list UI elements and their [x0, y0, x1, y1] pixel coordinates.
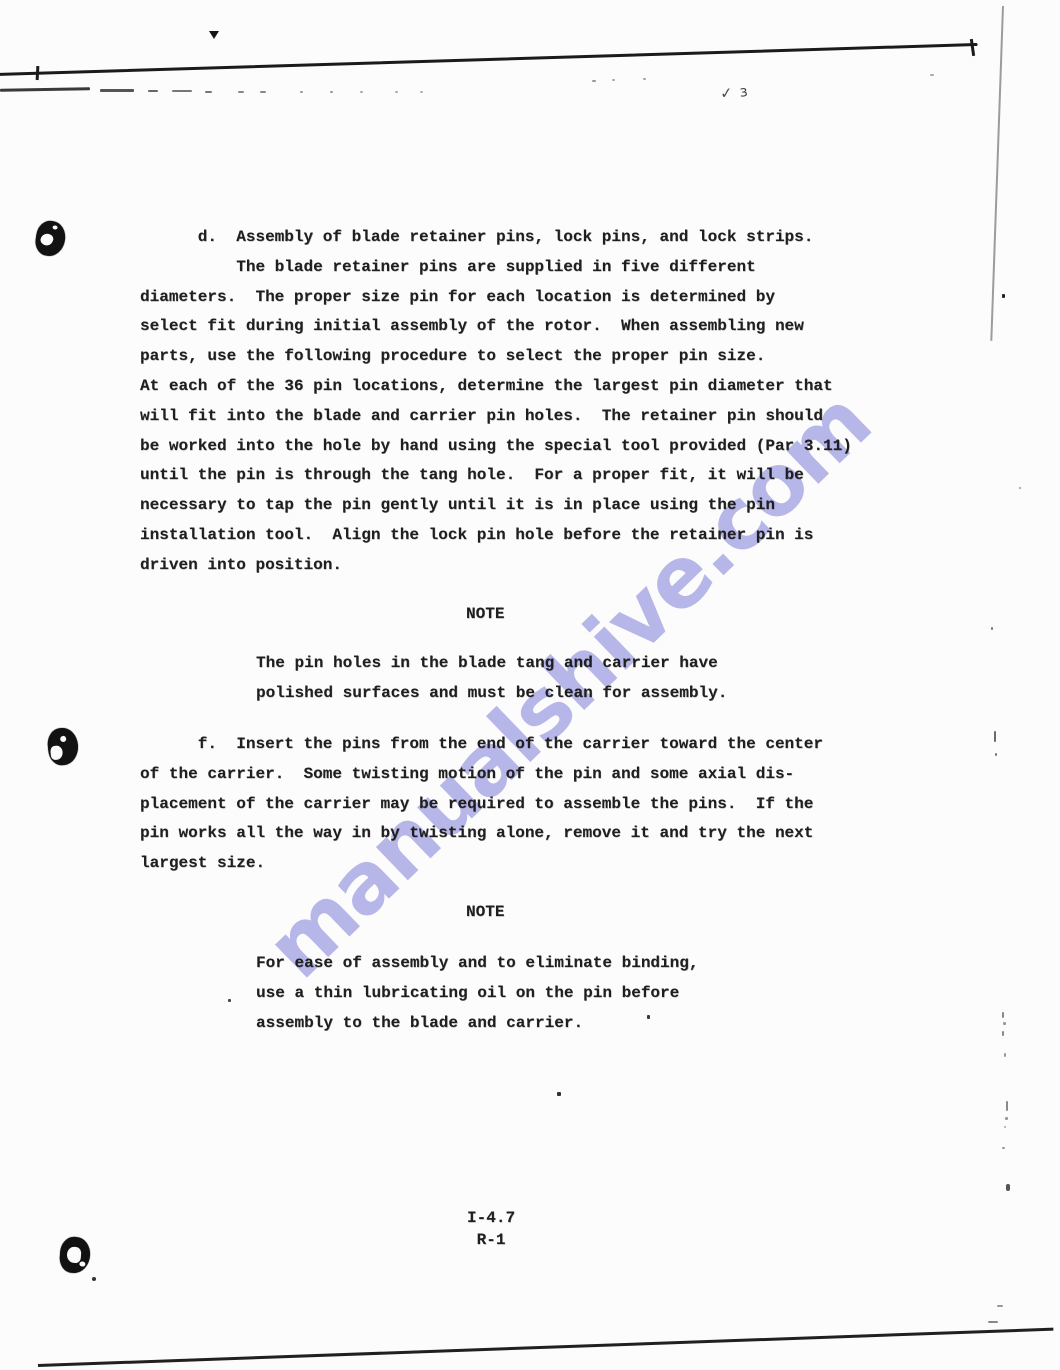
- scan-speck: [1006, 1184, 1010, 1191]
- scan-speck: [300, 91, 303, 93]
- scan-speck: [647, 1015, 650, 1019]
- scan-speck: [997, 1305, 1003, 1307]
- ink-stamp: [34, 219, 68, 258]
- scan-artifact-right-line: [990, 6, 1003, 341]
- scan-dash: [172, 90, 192, 92]
- paragraph-f: f. Insert the pins from the end of the c…: [140, 730, 823, 879]
- scan-speck: [395, 91, 398, 93]
- note-1-body: The pin holes in the blade tang and carr…: [256, 649, 727, 709]
- scan-speck: [930, 74, 934, 76]
- scan-speck: [557, 1092, 561, 1096]
- scan-dash: [205, 91, 212, 93]
- note-1-title: NOTE: [466, 600, 504, 630]
- ink-stamp: [59, 1236, 91, 1274]
- scan-speck: [1005, 1117, 1008, 1120]
- scanned-manual-page: manualshive.com ✓ɜ d. Assembly of blade …: [0, 0, 1060, 1370]
- paragraph-d: d. Assembly of blade retainer pins, lock…: [140, 223, 852, 581]
- scan-speck: [995, 753, 997, 756]
- scan-artifact-tick-left: [36, 66, 39, 80]
- scan-dash: [148, 90, 158, 92]
- scan-speck: [228, 999, 231, 1002]
- scan-speck: [360, 91, 363, 93]
- scan-artifact-bottom-line: [38, 1328, 1053, 1367]
- scan-artifact-top-line: [0, 43, 978, 76]
- scan-speck: [1002, 294, 1005, 298]
- scan-speck: [1004, 1053, 1006, 1057]
- scan-speck: [1004, 1126, 1006, 1128]
- scan-speck: [1006, 1101, 1008, 1111]
- scan-speck: [643, 78, 646, 80]
- stray-ink-mark: [209, 31, 219, 39]
- scan-speck: [592, 80, 596, 82]
- note-2-title: NOTE: [466, 898, 504, 928]
- scan-speck: [994, 731, 996, 742]
- scan-speck: [988, 1321, 998, 1323]
- scan-speck: [1019, 487, 1021, 489]
- scan-dash: [260, 91, 266, 93]
- scan-speck: [1003, 1022, 1006, 1025]
- scan-speck: [330, 91, 333, 93]
- handwritten-checkmark: ✓ɜ: [719, 81, 755, 103]
- scan-speck: [1002, 1031, 1004, 1036]
- ink-stamp: [46, 727, 80, 767]
- scan-speck: [420, 91, 423, 93]
- scan-speck: [991, 627, 993, 630]
- scan-speck: [612, 79, 615, 81]
- note-2-body: For ease of assembly and to eliminate bi…: [256, 949, 699, 1038]
- page-number: I-4.7 R-1: [467, 1208, 515, 1251]
- scan-speck: [92, 1277, 96, 1281]
- scan-artifact-tick-right: [970, 39, 975, 56]
- scan-dash: [238, 91, 244, 93]
- scan-speck: [1002, 1012, 1004, 1018]
- scan-dash: [0, 87, 90, 92]
- scan-speck: [1002, 1147, 1005, 1149]
- scan-dash: [100, 89, 134, 92]
